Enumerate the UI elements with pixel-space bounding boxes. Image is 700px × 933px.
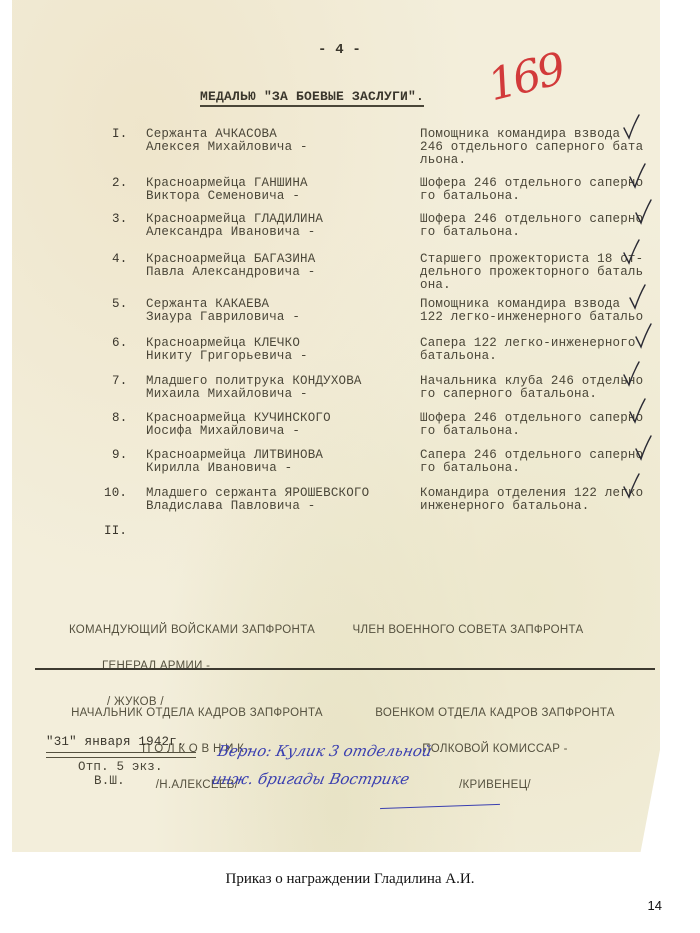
check-mark-icon bbox=[622, 239, 640, 265]
check-mark-icon bbox=[622, 361, 640, 387]
entry-position: Шофера 246 отдельного саперного батальон… bbox=[420, 412, 662, 442]
entry-position-line: батальона. bbox=[420, 350, 497, 363]
check-mark-icon bbox=[628, 284, 646, 310]
section-divider bbox=[35, 668, 655, 670]
entry-given-names: Виктора Семеновича - bbox=[146, 190, 300, 203]
entry-number: 3. bbox=[112, 213, 127, 226]
entry-position-line: го батальона. bbox=[420, 462, 520, 475]
entry-position-line: льона. bbox=[420, 154, 466, 167]
entry-number: II. bbox=[104, 525, 127, 538]
entry-given-names: Павла Александровича - bbox=[146, 266, 315, 279]
entry-number: I. bbox=[112, 128, 127, 141]
entry-number: 5. bbox=[112, 298, 127, 311]
check-mark-icon bbox=[628, 398, 646, 424]
entry-position-line: го саперного батальона. bbox=[420, 388, 597, 401]
check-mark-icon bbox=[634, 199, 652, 225]
entry-number: 4. bbox=[112, 253, 127, 266]
page-number: 14 bbox=[648, 898, 662, 913]
entry-given-names: Алексея Михайловича - bbox=[146, 141, 308, 154]
copies-note: Отп. 5 экз. bbox=[78, 761, 163, 774]
entry-position-line: дельного прожекторного баталь bbox=[420, 266, 643, 279]
award-heading: МЕДАЛЬЮ "ЗА БОЕВЫЕ ЗАСЛУГИ". bbox=[200, 90, 424, 107]
entry-given-names: Никиту Григорьевича - bbox=[146, 350, 308, 363]
check-mark-icon bbox=[628, 163, 646, 189]
date-underline bbox=[46, 752, 196, 758]
entry-given-names: Иосифа Михайловича - bbox=[146, 425, 300, 438]
entry-number: 10. bbox=[104, 487, 127, 500]
signature-commander-rank: ГЕНЕРАЛ АРМИИ - bbox=[52, 660, 332, 672]
entry-position: Шофера 246 отдельного саперного батальон… bbox=[420, 177, 662, 207]
entry-position-line: го батальона. bbox=[420, 425, 520, 438]
entry-position bbox=[420, 525, 662, 529]
figure-caption: Приказ о награждении Гладилина А.И. bbox=[0, 871, 700, 888]
entry-given-names: Зиаура Гавриловича - bbox=[146, 311, 300, 324]
entry-position-line: инженерного батальона. bbox=[420, 500, 589, 513]
entry-position-line: го батальона. bbox=[420, 190, 520, 203]
check-mark-icon bbox=[622, 473, 640, 499]
signature-council-title: ЧЛЕН ВОЕННОГО СОВЕТА ЗАПФРОНТА bbox=[338, 624, 598, 636]
signature-commissar-title: ВОЕНКОМ ОТДЕЛА КАДРОВ ЗАПФРОНТА bbox=[355, 707, 635, 719]
signature-council-member: ЧЛЕН ВОЕННОГО СОВЕТА ЗАПФРОНТА bbox=[338, 600, 598, 648]
entry-given-names: Александра Ивановича - bbox=[146, 226, 315, 239]
entry-given-names: Кирилла Ивановича - bbox=[146, 462, 292, 475]
entry-number: 8. bbox=[112, 412, 127, 425]
entry-number: 7. bbox=[112, 375, 127, 388]
entry-position-line: 122 легко-инженерного батальо bbox=[420, 311, 643, 324]
entry-position-line: го батальона. bbox=[420, 226, 520, 239]
entry-number: 9. bbox=[112, 449, 127, 462]
entry-position: Помощника командира взвода122 легко-инже… bbox=[420, 298, 662, 328]
typist-initials: В.Ш. bbox=[94, 775, 125, 788]
signature-personnel-chief-title: НАЧАЛЬНИК ОТДЕЛА КАДРОВ ЗАПФРОНТА bbox=[52, 707, 342, 719]
handwritten-note-line-1: Верно: Кулик 3 отдельной bbox=[216, 742, 434, 760]
entry-given-names: Михаила Михайловича - bbox=[146, 388, 308, 401]
entry-number: 6. bbox=[112, 337, 127, 350]
entry-number: 2. bbox=[112, 177, 127, 190]
check-mark-icon bbox=[634, 323, 652, 349]
check-mark-icon bbox=[622, 114, 640, 140]
entry-given-names: Владислава Павловича - bbox=[146, 500, 315, 513]
entry-position-line: она. bbox=[420, 279, 451, 292]
document-page-marker: - 4 - bbox=[318, 44, 361, 57]
check-mark-icon bbox=[634, 435, 652, 461]
document-date: "31" января 1942г. bbox=[46, 736, 185, 749]
handwritten-note-line-2: инж. бригады Вострике bbox=[210, 770, 411, 788]
signature-commander-title: КОМАНДУЮЩИЙ ВОЙСКАМИ ЗАПФРОНТА bbox=[52, 624, 332, 636]
